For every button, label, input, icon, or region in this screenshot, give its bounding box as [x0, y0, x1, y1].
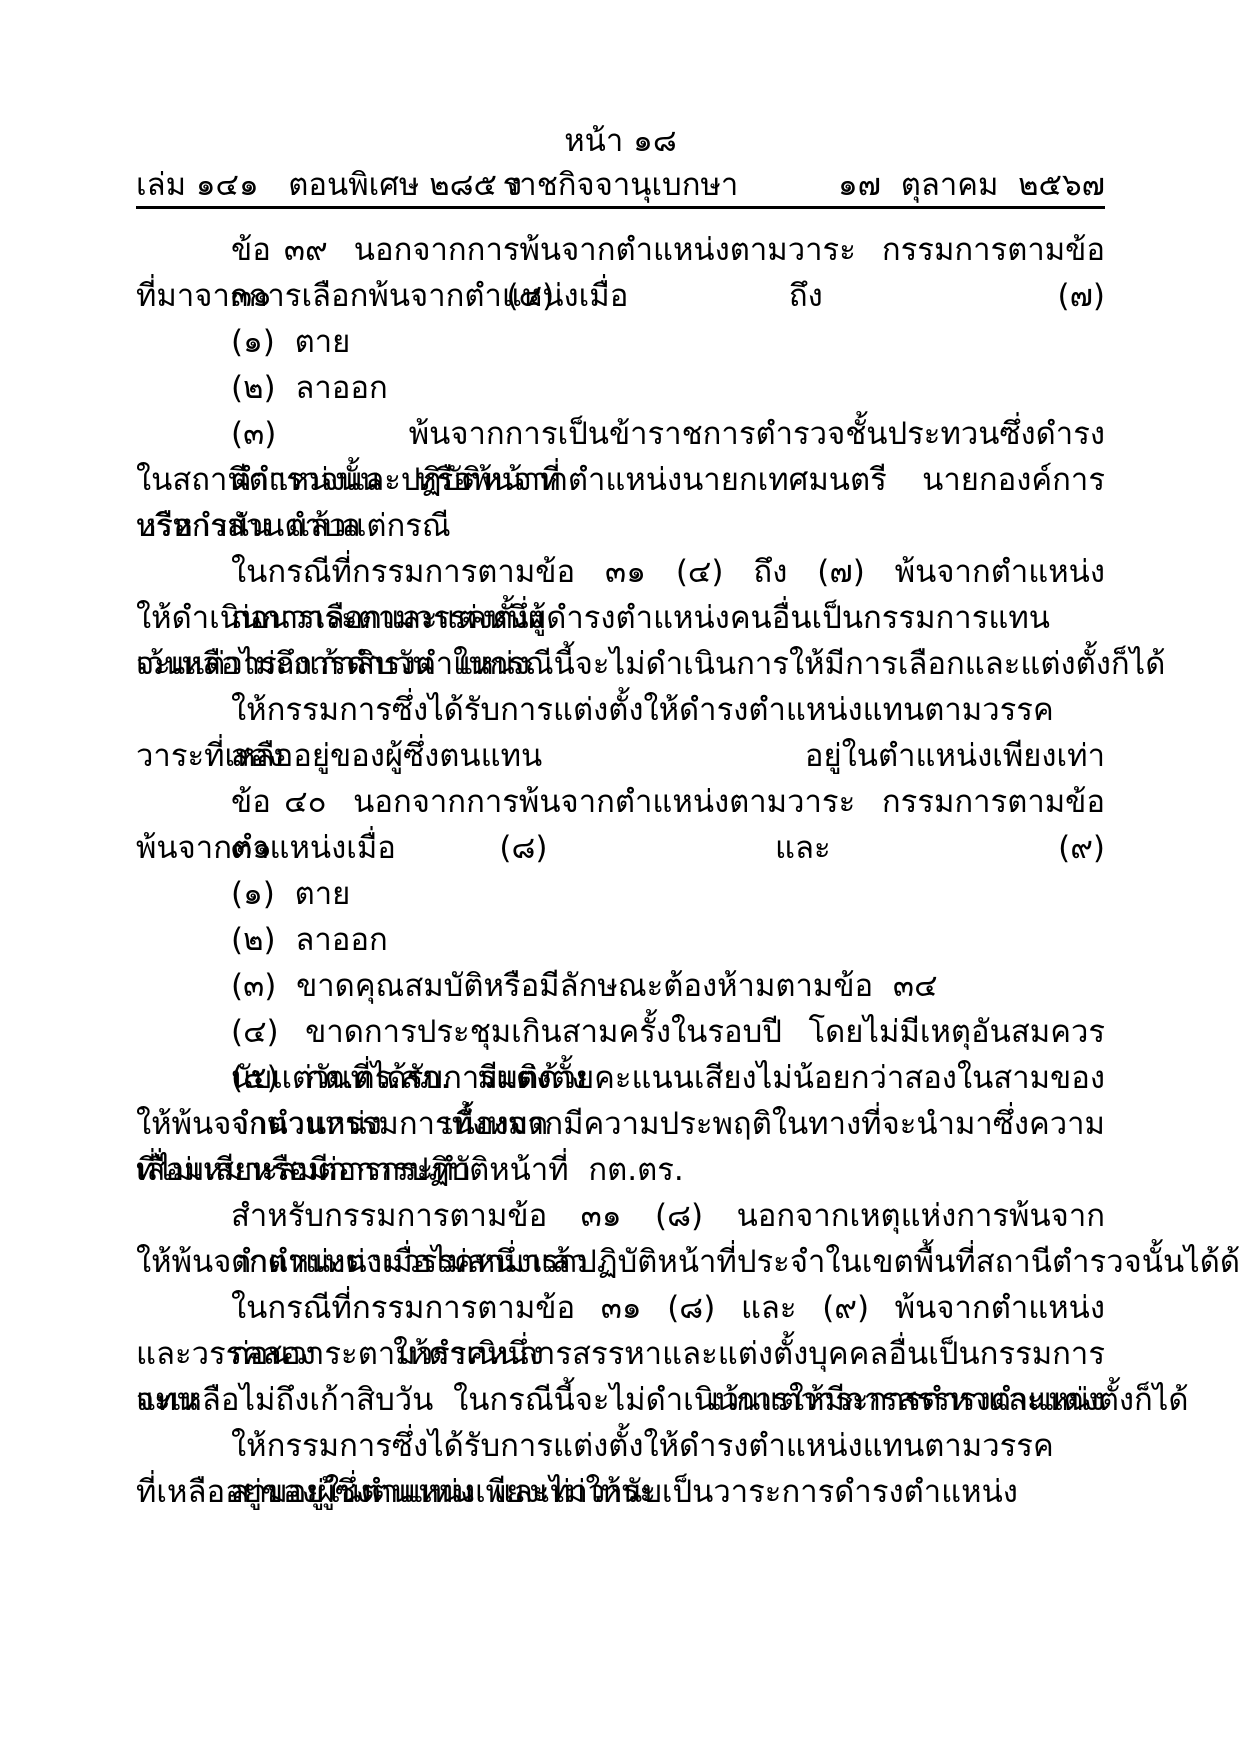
text-line: จะเหลือไม่ถึงเก้าสิบวัน ในกรณีนี้จะไม่ดำ… [136, 1377, 1105, 1423]
text-line: (๑) ตาย [136, 871, 1105, 917]
text-line: (๒) ลาออก [136, 365, 1105, 411]
text-line: ให้กรรมการซึ่งได้รับการแต่งตั้งให้ดำรงตำ… [136, 687, 1105, 733]
text-line: (๕) กต.ตร.สภ. มีมติด้วยคะแนนเสียงไม่น้อย… [136, 1055, 1105, 1101]
text-line: และวรรคสอง ให้ดำเนินการสรรหาและแต่งตั้งบ… [136, 1331, 1105, 1377]
text-line: (๑) ตาย [136, 319, 1105, 365]
text-line: ข้อ ๔๐ นอกจากการพ้นจากตำแหน่งตามวาระ กรร… [136, 779, 1105, 825]
gazette-page: หน้า ๑๘ เล่ม ๑๔๑ ตอนพิเศษ ๒๘๕ ง ราชกิจจา… [0, 0, 1241, 1754]
text-line: ในสถานีตำรวจนั้น หรือพ้นจากตำแหน่งนายกเท… [136, 457, 1105, 503]
text-line: ในกรณีที่กรรมการตามข้อ ๓๑ (๘) และ (๙) พ้… [136, 1285, 1105, 1331]
text-line: สำหรับกรรมการตามข้อ ๓๑ (๘) นอกจากเหตุแห่… [136, 1193, 1105, 1239]
text-line: ที่ไม่เหมาะสมต่อการปฏิบัติหน้าที่ กต.ตร. [136, 1147, 1105, 1193]
gazette-header-row: เล่ม ๑๔๑ ตอนพิเศษ ๒๘๕ ง ราชกิจจานุเบกษา … [136, 162, 1105, 208]
page-number-label: หน้า ๑๘ [136, 118, 1105, 164]
text-line: ในกรณีที่กรรมการตามข้อ ๓๑ (๔) ถึง (๗) พ้… [136, 549, 1105, 595]
header-rule-divider [136, 206, 1105, 209]
text-line: (๓) ขาดคุณสมบัติหรือมีลักษณะต้องห้ามตามข… [136, 963, 1105, 1009]
text-line: ที่เหลืออยู่ของผู้ซึ่งตนแทน และไม่ให้นับ… [136, 1469, 1105, 1515]
text-line: หรือกำนัน แล้วแต่กรณี [136, 503, 1105, 549]
text-line: ให้พ้นจากตำแหน่งเมื่อไม่สามารถปฏิบัติหน้… [136, 1239, 1105, 1285]
text-line: (๒) ลาออก [136, 917, 1105, 963]
text-line: ให้ดำเนินการเลือกและแต่งตั้งผู้ดำรงตำแหน… [136, 595, 1105, 641]
text-line: ให้พ้นจากตำแหน่ง เนื่องจากมีความประพฤติใ… [136, 1101, 1105, 1147]
document-body-text: ข้อ ๓๙ นอกจากการพ้นจากตำแหน่งตามวาระ กรร… [136, 227, 1105, 1515]
text-line: (๔) ขาดการประชุมเกินสามครั้งในรอบปี โดยไ… [136, 1009, 1105, 1055]
issue-date-label: ๑๗ ตุลาคม ๒๕๖๗ [838, 162, 1105, 208]
text-line: ข้อ ๓๙ นอกจากการพ้นจากตำแหน่งตามวาระ กรร… [136, 227, 1105, 273]
text-line: จะเหลือไม่ถึงเก้าสิบวัน ในกรณีนี้จะไม่ดำ… [136, 641, 1105, 687]
text-line: (๓) พ้นจากการเป็นข้าราชการตำรวจชั้นประทว… [136, 411, 1105, 457]
text-line: ให้กรรมการซึ่งได้รับการแต่งตั้งให้ดำรงตำ… [136, 1423, 1105, 1469]
